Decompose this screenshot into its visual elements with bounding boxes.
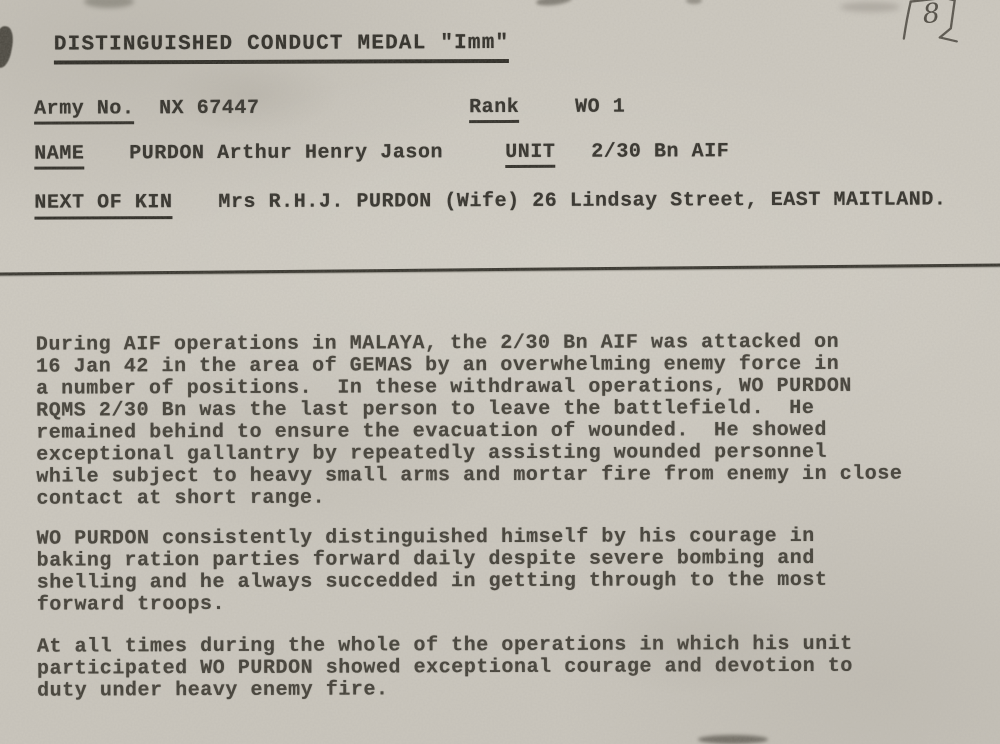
rank-label: Rank (469, 97, 519, 123)
army-no-value: NX 67447 (159, 98, 259, 120)
citation-paragraph-3: At all times during the whole of the ope… (37, 633, 947, 702)
name-label: NAME (34, 143, 84, 169)
citation-paragraph-2: WO PURDON consistently distinguished him… (37, 525, 947, 616)
unit-label: UNIT (505, 142, 555, 168)
page-number-digit: 8 (922, 0, 941, 30)
handwritten-page-number: 8 (897, 0, 969, 47)
document-title: DISTINGUISHED CONDUCT MEDAL "Imm" (54, 33, 510, 65)
document-page: 8 DISTINGUISHED CONDUCT MEDAL "Imm" Army… (0, 0, 1000, 744)
next-of-kin-value: Mrs R.H.J. PURDON (Wife) 26 Lindsay Stre… (218, 189, 946, 214)
name-value: PURDON Arthur Henry Jason (129, 142, 443, 165)
scanned-sheet: 8 DISTINGUISHED CONDUCT MEDAL "Imm" Army… (0, 0, 1000, 744)
next-of-kin-label: NEXT OF KIN (34, 192, 172, 219)
army-no-label: Army No. (34, 98, 135, 124)
section-divider-rule (0, 263, 1000, 275)
rank-value: WO 1 (575, 97, 625, 119)
unit-value: 2/30 Bn AIF (591, 141, 729, 163)
citation-paragraph-1: During AIF operations in MALAYA, the 2/3… (36, 331, 947, 510)
